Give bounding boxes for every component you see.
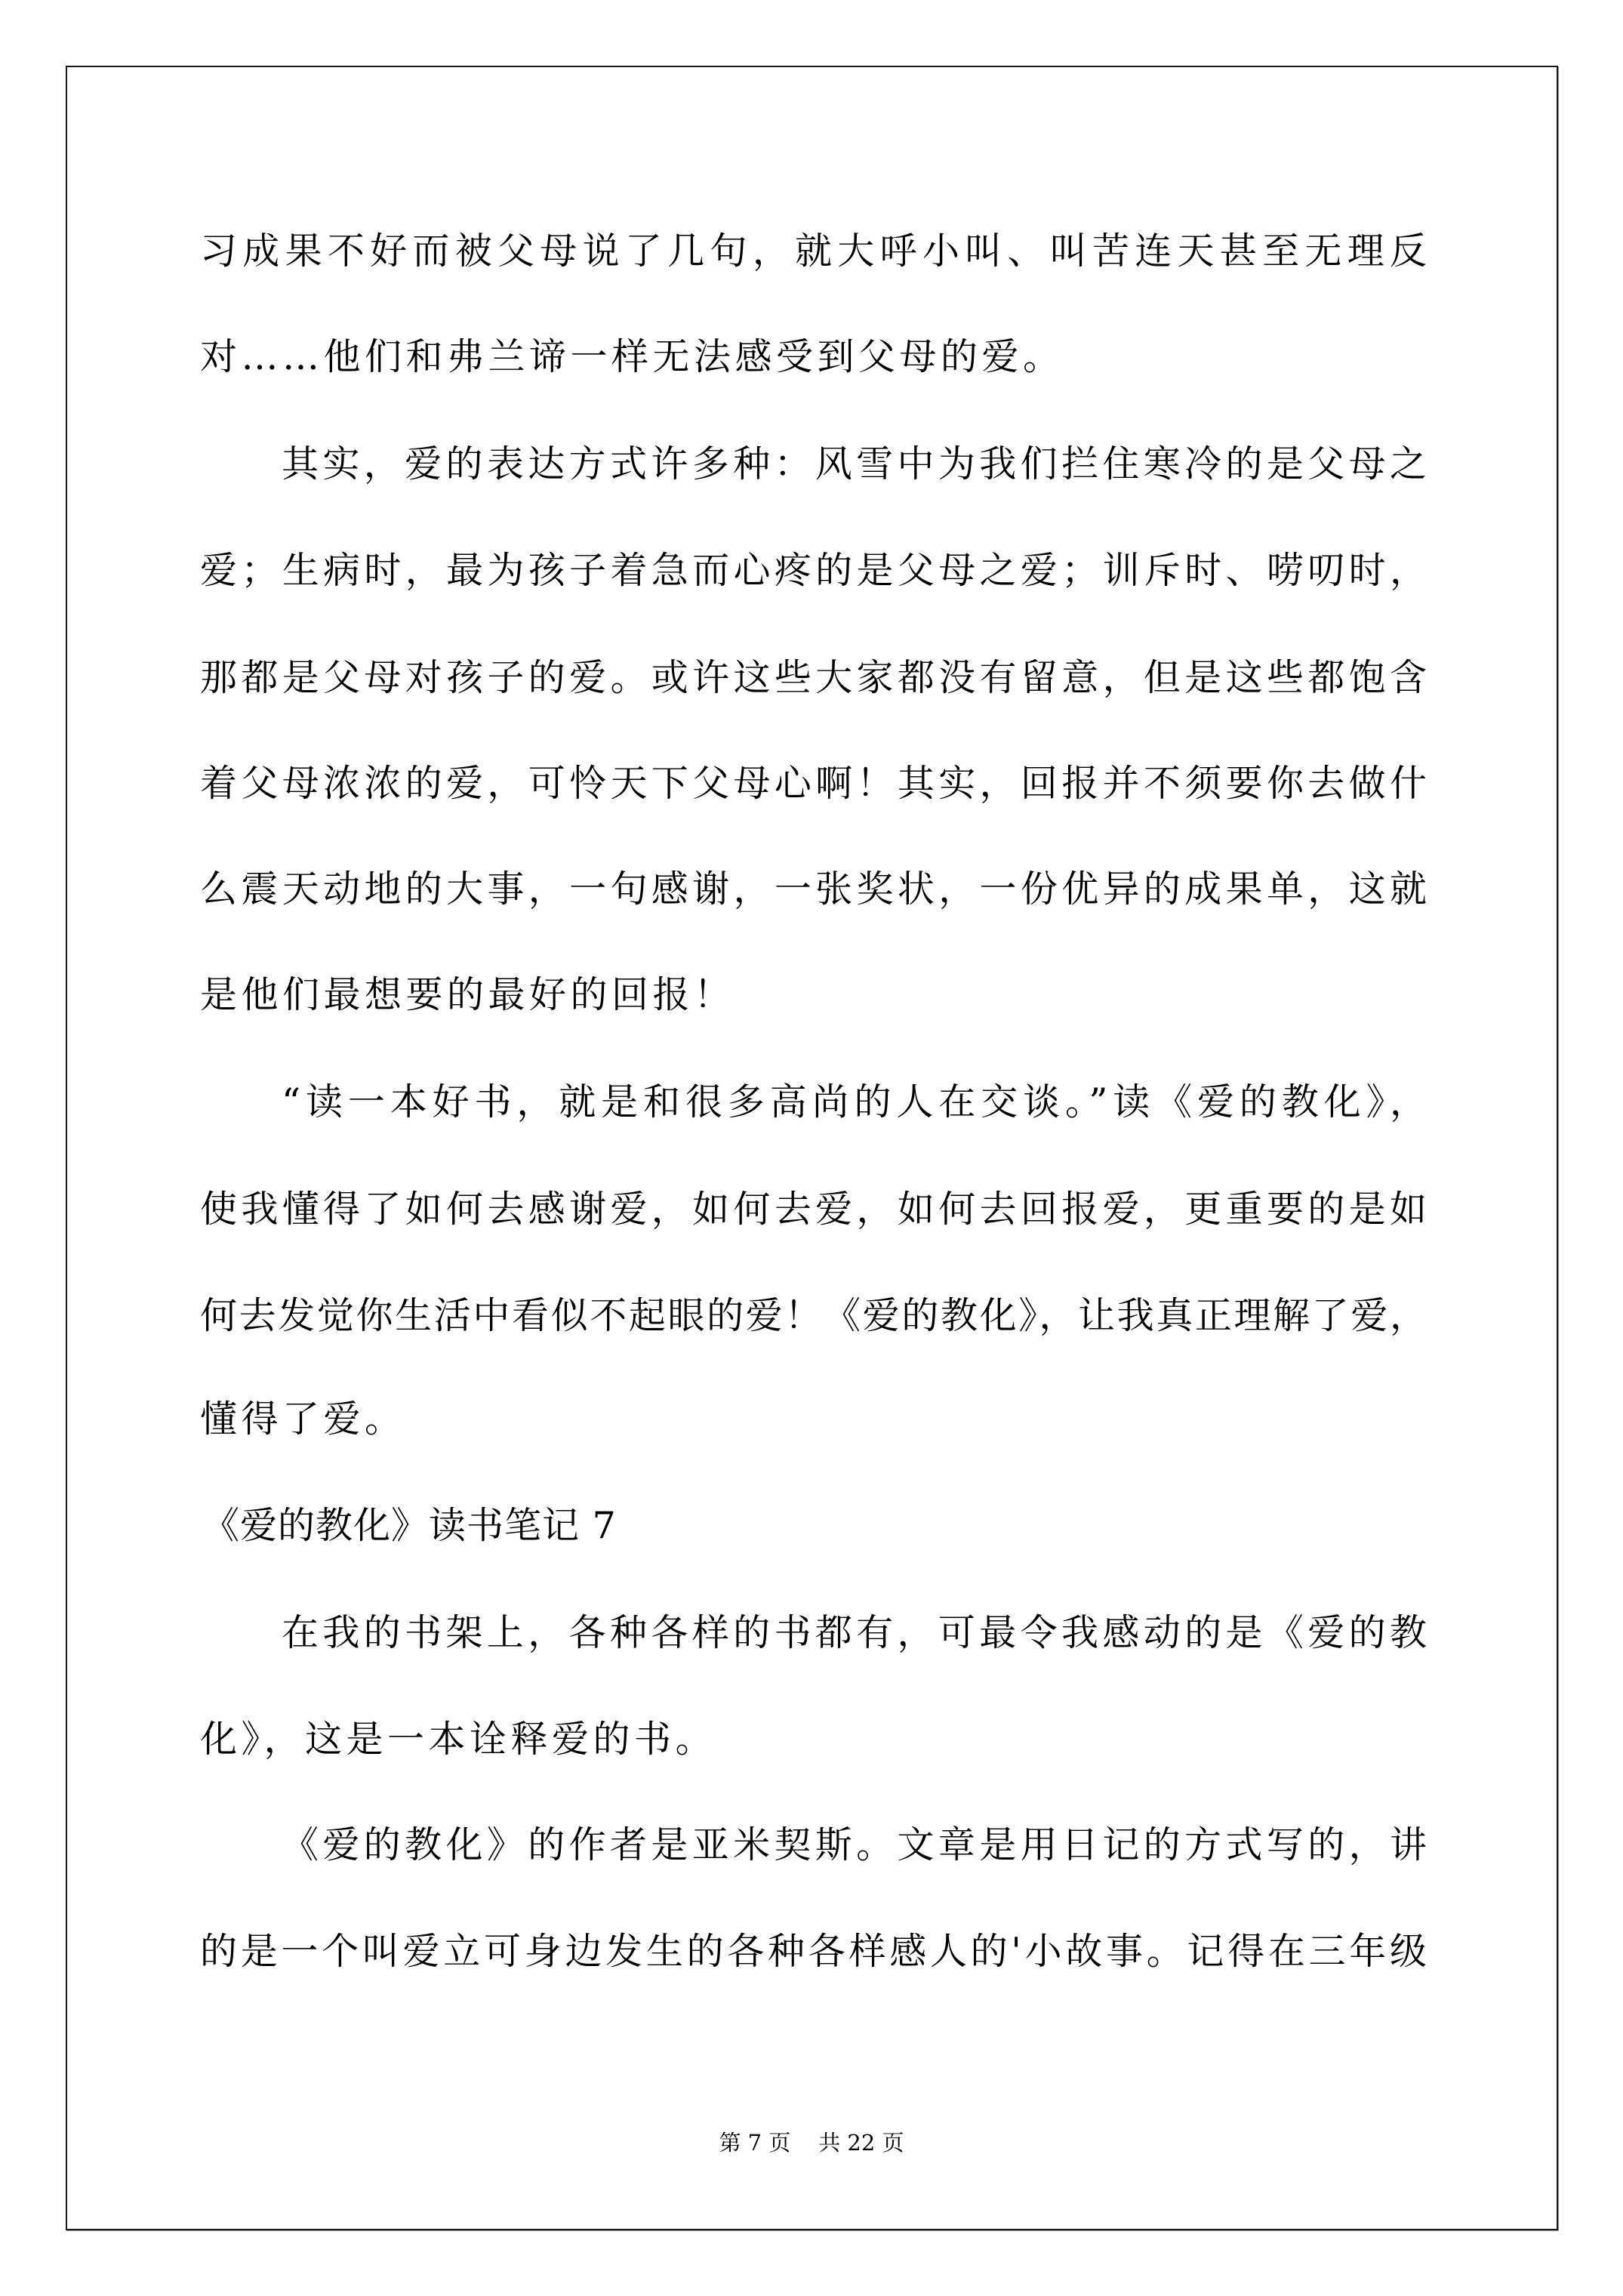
paragraph-line: 么震天动地的大事，一句感谢，一张奖状，一份优异的成果单，这就 (200, 867, 1427, 912)
paragraph-line: 《爱的教化》的作者是亚米契斯。文章是用日记的方式写的，讲 (282, 1823, 1427, 1868)
document-page (66, 66, 1558, 2230)
paragraph-line: 爱；生病时，最为孩子着急而心疼的是父母之爱；训斥时、唠叨时， (200, 548, 1427, 593)
paragraph-line: 在我的书架上，各种各样的书都有，可最令我感动的是《爱的教 (282, 1610, 1427, 1656)
paragraph-line: 懂得了爱。 (200, 1397, 406, 1442)
paragraph-line: 习成果不好而被父母说了几句，就大呼小叫、叫苦连天甚至无理反 (200, 229, 1427, 274)
paragraph-line: 何去发觉你生活中看似不起眼的爱！《爱的教化》，让我真正理解了爱， (200, 1293, 1427, 1339)
paragraph-line: 是他们最想要的最好的回报！ (200, 972, 735, 1018)
paragraph-line: 那都是父母对孩子的爱。或许这些大家都没有留意，但是这些都饱含 (200, 655, 1427, 701)
paragraph-line: 对……他们和弗兰谛一样无法感受到父母的爱。 (200, 334, 1064, 380)
paragraph-line: 其实，爱的表达方式许多种：风雪中为我们拦住寒冷的是父母之 (282, 442, 1427, 487)
section-heading: 《爱的教化》读书笔记 7 (202, 1503, 617, 1549)
paragraph-line: “读一本好书，就是和很多高尚的人在交谈。”读《爱的教化》， (282, 1080, 1427, 1125)
paragraph-line: 化》，这是一本诠释爱的书。 (200, 1717, 716, 1762)
paragraph-line: 着父母浓浓的爱，可怜天下父母心啊！其实，回报并不须要你去做什 (200, 761, 1427, 806)
paragraph-line: 的是一个叫爱立可身边发生的各种各样感人的'小故事。记得在三年级 (200, 1929, 1427, 1974)
page-number-footer: 第 7 页 共 22 页 (0, 2128, 1623, 2158)
paragraph-line: 使我懂得了如何去感谢爱，如何去爱，如何去回报爱，更重要的是如 (200, 1187, 1427, 1232)
